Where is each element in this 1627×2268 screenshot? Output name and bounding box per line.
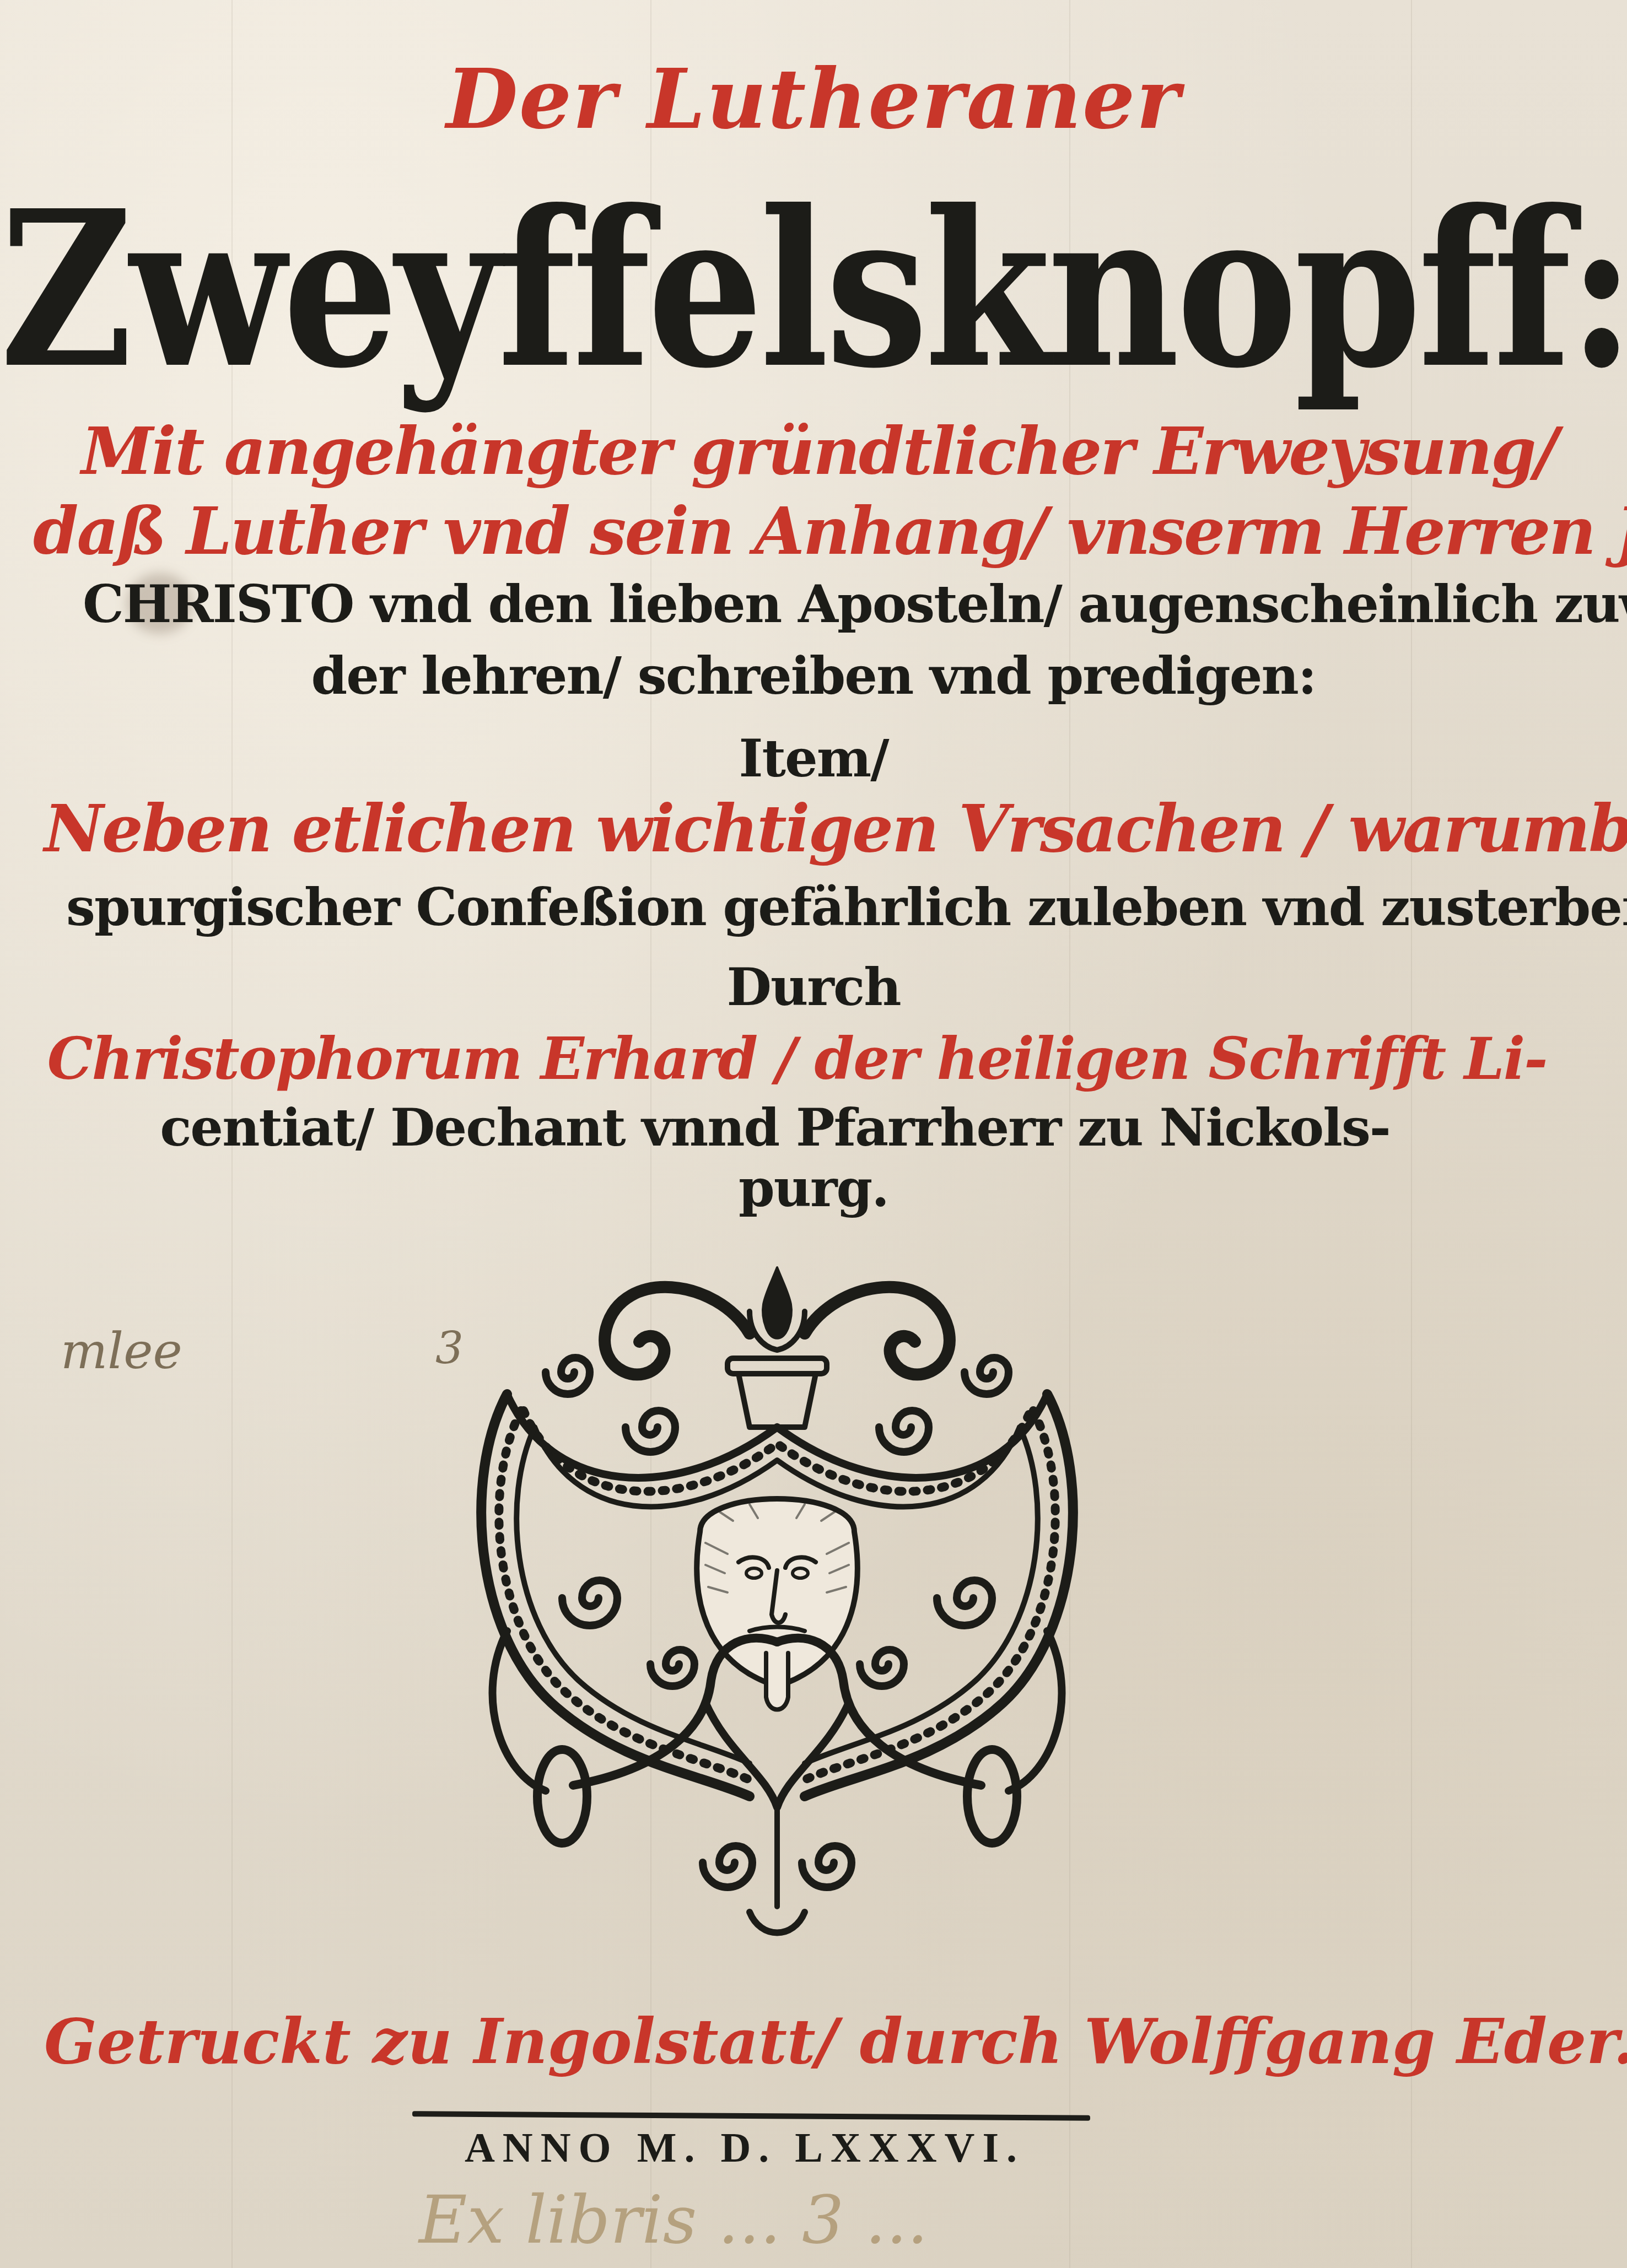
subtitle-line-4: der lehren/ schreiben vnd predigen:: [0, 650, 1627, 702]
item-line-2: spurgischer Confeßion gefährlich zuleben…: [66, 882, 1517, 933]
woodcut-ornament-icon: [441, 1245, 1113, 1951]
author-line-3: purg.: [0, 1163, 1627, 1214]
author-line-1: Christophorum Erhard / der heiligen Schr…: [44, 1030, 1550, 1088]
title-line-1: Der Lutheraner: [0, 58, 1627, 141]
manuscript-signature: Ex libris ... 3 ...: [419, 2182, 928, 2259]
item-label: Item/: [0, 733, 1627, 785]
author-line-2: centiat/ Dechant vnnd Pfarrherr zu Nicko…: [99, 1102, 1451, 1154]
imprint-rule: [412, 2111, 1090, 2121]
title-line-2: Zweyffelsknopff:: [0, 182, 1627, 396]
marginalia-number: 3: [435, 1322, 464, 1374]
title-page: Der Lutheraner Zweyffelsknopff: Mit ange…: [0, 0, 1627, 2268]
imprint-line: Getruckt zu Ingolstatt/ durch Wolffgang …: [44, 2011, 1506, 2073]
subtitle-line-3: CHRISTO vnd den lieben Aposteln/ augensc…: [83, 579, 1528, 630]
marginalia-note: mlee: [61, 1322, 182, 1380]
item-line-1: Neben etlichen wichtigen Vrsachen / waru…: [44, 796, 1583, 861]
subtitle-line-2: daß Luther vnd sein Anhang/ vnserm Herre…: [33, 499, 1605, 564]
imprint-year: ANNO M. D. LXXXVI.: [408, 2127, 1081, 2169]
author-by: Durch: [0, 962, 1627, 1013]
subtitle-line-1: Mit angehängter gründtlicher Erweysung/: [33, 419, 1605, 484]
